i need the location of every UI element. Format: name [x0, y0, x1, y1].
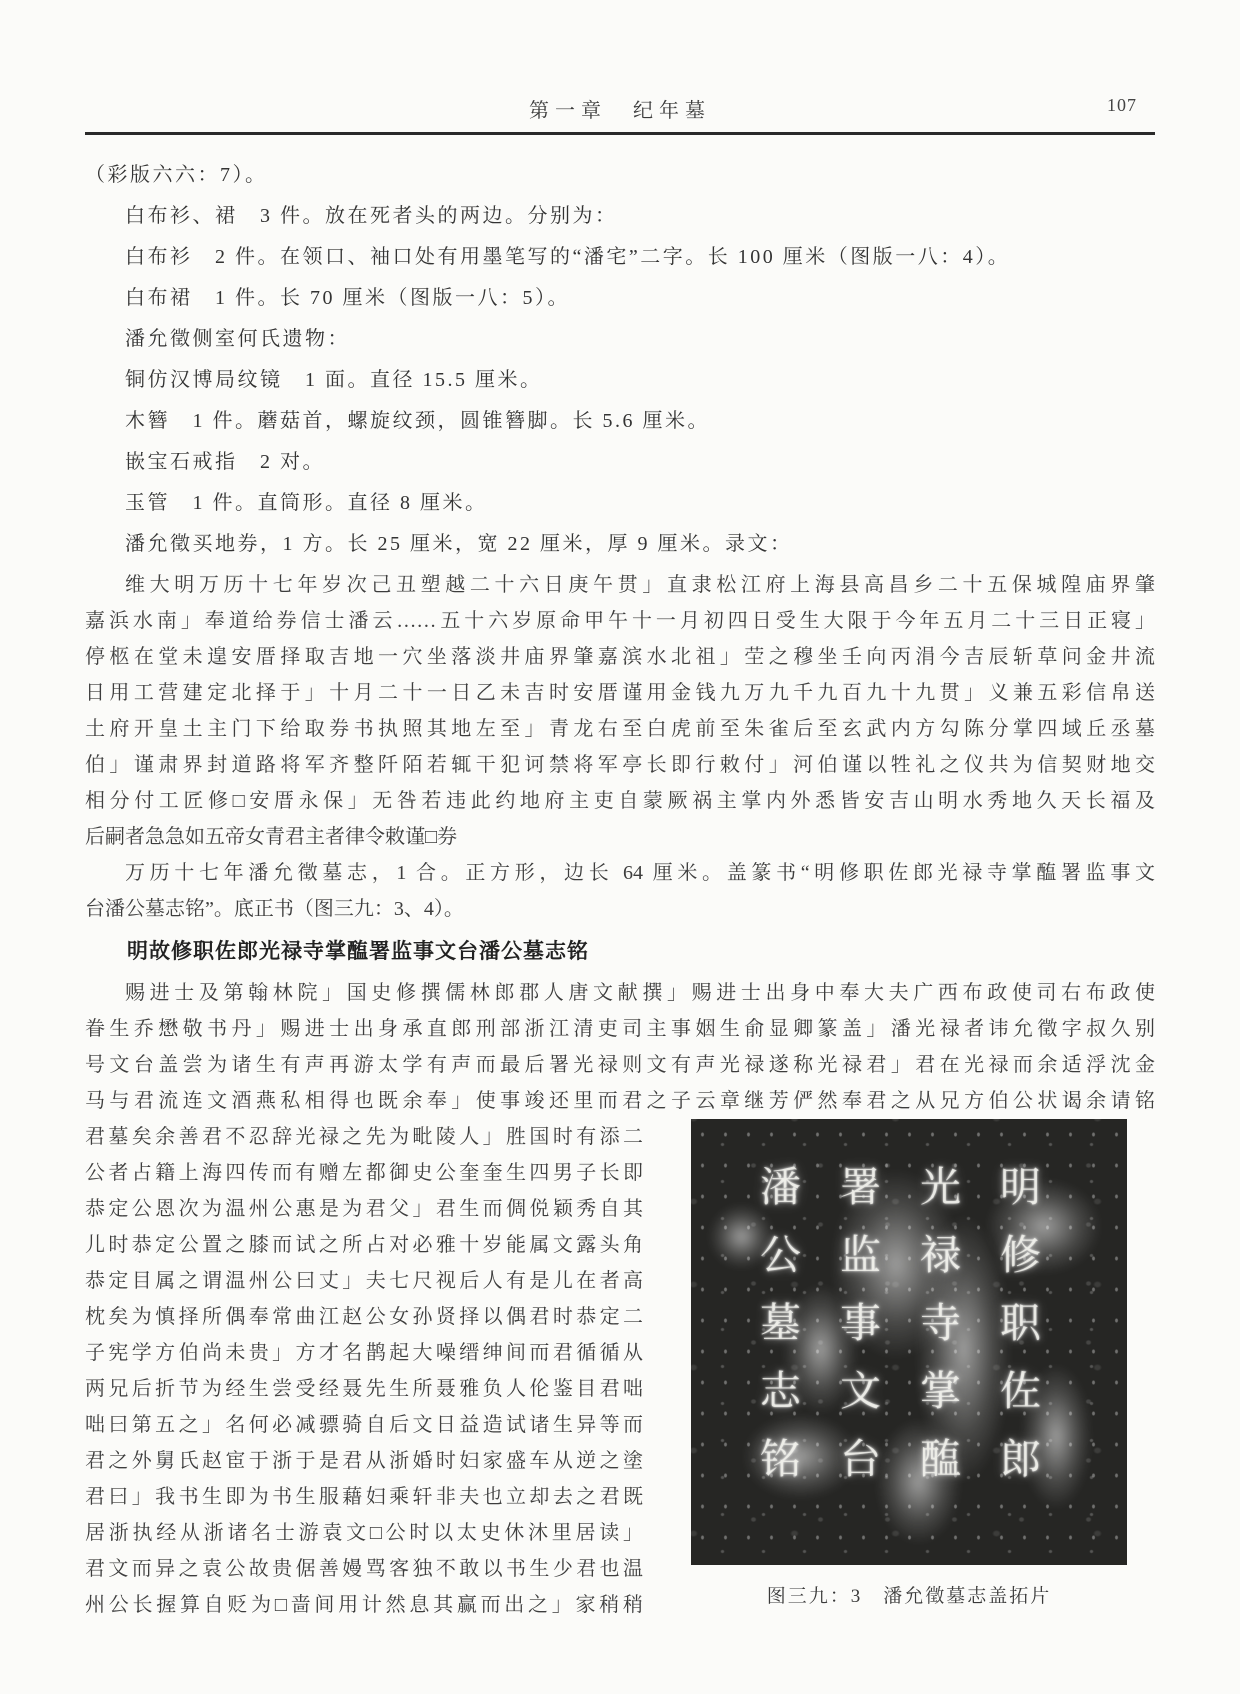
- text-line: 儿时恭定公置之膝而试之所占对必雅十岁能属文露头角: [85, 1227, 643, 1263]
- finds-list: （彩版六六：7）。白布衫、裙 3 件。放在死者头的两边。分别为：白布衫 2 件。…: [85, 155, 1155, 565]
- text-line: 号文台盖尝为诸生有声再游太学有声而最后署光禄则文有声光禄遂称光禄君」君在光禄而余…: [85, 1047, 1155, 1083]
- text-line: 公者占籍上海四传而有赠左都御史公奎奎生四男子长即: [85, 1155, 643, 1191]
- text-line: 恭定目属之谓温州公曰丈」夫七尺视后人有是儿在者高: [85, 1263, 643, 1299]
- text-line: 铜仿汉博局纹镜 1 面。直径 15.5 厘米。: [85, 360, 1155, 401]
- figure-39-3: 明修职佐郎光禄寺掌醢署监事文台潘公墓志铭 图三九：3 潘允徵墓志盖拓片: [691, 1119, 1127, 1608]
- book-page: 第一章 纪年墓 107 （彩版六六：7）。白布衫、裙 3 件。放在死者头的两边。…: [0, 0, 1240, 1694]
- text-line: 子宪学方伯尚未贵」方才名鹊起大噪缙绅间而君循循从: [85, 1335, 643, 1371]
- rubbing-image: 明修职佐郎光禄寺掌醢署监事文台潘公墓志铭: [691, 1119, 1127, 1565]
- text-line: 居浙执经从浙诸名士游袁文□公时以太史休沐里居读」: [85, 1515, 643, 1551]
- text-line: 停柩在堂未遑安厝择取吉地一穴坐落淡井庙界肇嘉滨水北祖」茔之穆坐壬向丙涓今吉辰斩草…: [85, 639, 1155, 675]
- page-header: 第一章 纪年墓 107: [85, 94, 1155, 120]
- text-line: 君之外舅氏赵宦于浙于是君从浙婚时妇家盛车从逆之塗: [85, 1443, 643, 1479]
- text-line: 君文而异之袁公故贵倨善嫚骂客独不敢以书生少君也温: [85, 1551, 643, 1587]
- text-line: 马与君流连文酒燕私相得也既余奉」使事竣还里而君之子云章继芳俨然奉君之从兄方伯公状…: [85, 1083, 1155, 1119]
- header-rule: [85, 132, 1155, 135]
- text-line: 赐进士及第翰林院」国史修撰儒林郎郡人唐文献撰」赐进士出身中奉大夫广西布政使司右布…: [85, 975, 1155, 1011]
- seal-column: 潘公墓志铭: [749, 1165, 805, 1523]
- text-line: 嘉浜水南」奉道给券信士潘云……五十六岁原命甲午十一月初四日受生大限于今年五月二十…: [85, 603, 1155, 639]
- page-number: 107: [1107, 95, 1137, 116]
- text-line: 眷生乔懋敬书丹」赐进士出身承直郎刑部浙江清吏司主事姻生俞显卿篆盖」潘光禄者讳允徵…: [85, 1011, 1155, 1047]
- text-line: 后嗣者急急如五帝女青君主者律令敕谨□券: [85, 819, 1155, 855]
- text-line: 白布衫、裙 3 件。放在死者头的两边。分别为：: [85, 196, 1155, 237]
- epitaph-text-full: 赐进士及第翰林院」国史修撰儒林郎郡人唐文献撰」赐进士出身中奉大夫广西布政使司右布…: [85, 975, 1155, 1119]
- epitaph-summary: 万历十七年潘允徵墓志，1 合。正方形，边长 64 厘米。盖篆书“明修职佐郎光禄寺…: [85, 855, 1155, 927]
- text-line: 维大明万历十七年岁次己丑塑越二十六日庚午贯」直隶松江府上海县高昌乡二十五保城隍庙…: [85, 567, 1155, 603]
- text-line: 潘允徵侧室何氏遗物：: [85, 319, 1155, 360]
- text-line: 白布衫 2 件。在领口、袖口处有用墨笔写的“潘宅”二字。长 100 厘米（图版一…: [85, 237, 1155, 278]
- text-line: 台潘公墓志铭”。底正书（图三九：3、4）。: [85, 891, 1155, 927]
- seal-script-inscription: 明修职佐郎光禄寺掌醢署监事文台潘公墓志铭: [749, 1165, 1045, 1523]
- text-line: （彩版六六：7）。: [85, 155, 1155, 196]
- text-line: 白布裙 1 件。长 70 厘米（图版一八：5）。: [85, 278, 1155, 319]
- text-line: 枕矣为慎择所偶奉常曲江赵公女孙贤择以偶君时恭定二: [85, 1299, 643, 1335]
- epitaph-heading: 明故修职佐郎光禄寺掌醢署监事文台潘公墓志铭: [85, 935, 1155, 969]
- seal-column: 明修职佐郎: [989, 1165, 1045, 1523]
- chapter-title: 第一章 纪年墓: [85, 94, 1155, 123]
- text-line: 相分付工匠修□安厝永保」无咎若违此约地府主吏自蒙厥祸主掌内外悉皆安吉山明水秀地久…: [85, 783, 1155, 819]
- figure-caption: 图三九：3 潘允徵墓志盖拓片: [691, 1581, 1127, 1608]
- seal-column: 署监事文台: [829, 1165, 885, 1523]
- text-line: 恭定公恩次为温州公惠是为君父」君生而倜侻颖秀自其: [85, 1191, 643, 1227]
- text-line: 潘允徵买地券，1 方。长 25 厘米，宽 22 厘米，厚 9 厘米。录文：: [85, 524, 1155, 565]
- text-line: 州公长握算自贬为□啬间用计然息其赢而出之」家稍稍: [85, 1587, 643, 1623]
- text-line: 嵌宝石戒指 2 对。: [85, 442, 1155, 483]
- text-line: 君曰」我书生即为书生服藉妇乘轩非夫也立却去之君既: [85, 1479, 643, 1515]
- text-line: 万历十七年潘允徵墓志，1 合。正方形，边长 64 厘米。盖篆书“明修职佐郎光禄寺…: [85, 855, 1155, 891]
- text-line: 日用工营建定北择于」十月二十一日乙未吉时安厝谨用金钱九万九千九百九十九贯」义兼五…: [85, 675, 1155, 711]
- page-body: （彩版六六：7）。白布衫、裙 3 件。放在死者头的两边。分别为：白布衫 2 件。…: [85, 155, 1155, 1623]
- text-line: 土府开皇土主门下给取券书执照其地左至」青龙右至白虎前至朱雀后至玄武内方勾陈分掌四…: [85, 711, 1155, 747]
- text-line: 君墓矣余善君不忍辞光禄之先为毗陵人」胜国时有添二: [85, 1119, 643, 1155]
- text-line: 木簪 1 件。蘑菇首，螺旋纹颈，圆锥簪脚。长 5.6 厘米。: [85, 401, 1155, 442]
- text-line: 两兄后折节为经生尝受经聂先生所聂雅负人伦鉴目君咄: [85, 1371, 643, 1407]
- text-line: 伯」谨肃界封道路将军齐整阡陌若辄干犯诃禁将军亭长即行敕付」河伯谨以牲礼之仪共为信…: [85, 747, 1155, 783]
- epitaph-text-column: 君墓矣余善君不忍辞光禄之先为毗陵人」胜国时有添二公者占籍上海四传而有赠左都御史公…: [85, 1119, 643, 1623]
- land-deed-transcript: 维大明万历十七年岁次己丑塑越二十六日庚午贯」直隶松江府上海县高昌乡二十五保城隍庙…: [85, 567, 1155, 855]
- seal-column: 光禄寺掌醢: [909, 1165, 965, 1523]
- text-line: 玉管 1 件。直筒形。直径 8 厘米。: [85, 483, 1155, 524]
- text-line: 咄曰第五之」名何必减骠骑自后文日益造试诸生异等而: [85, 1407, 643, 1443]
- text-and-figure-row: 君墓矣余善君不忍辞光禄之先为毗陵人」胜国时有添二公者占籍上海四传而有赠左都御史公…: [85, 1119, 1155, 1623]
